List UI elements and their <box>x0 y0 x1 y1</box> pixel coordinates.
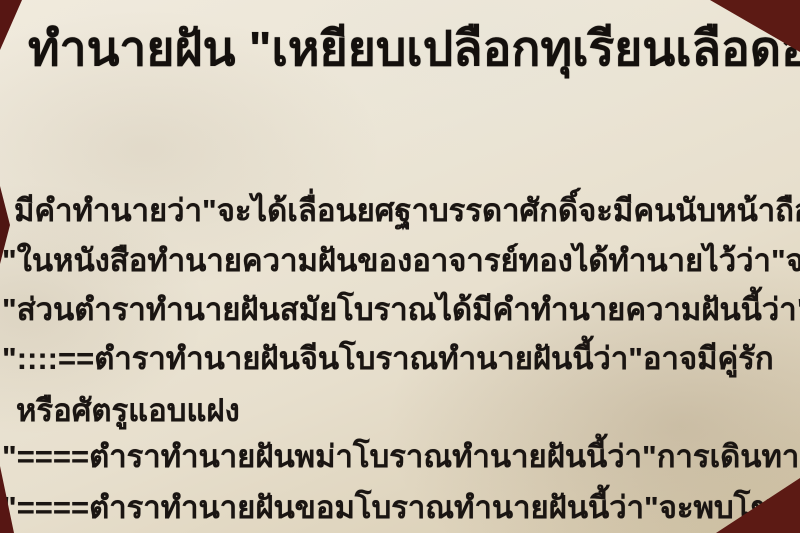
body-line: "ส่วนตำราทำนายฝันสมัยโบราณได้มีคำทำนายคว… <box>2 285 800 335</box>
body-line: "::::==ตำราทำนายฝันจีนโบราณทำนายฝันนี้ว่… <box>2 334 774 384</box>
body-line: "====ตำราทำนายฝันขอมโบราณทำนายฝันนี้ว่า"… <box>2 483 800 533</box>
body-line: หรือศัตรูแอบแฝง <box>16 386 240 436</box>
body-line: "ในหนังสือทำนายความฝันของอาจารย์ทองได้ทำ… <box>2 236 800 286</box>
page-title: ทำนายฝัน "เหยียบเปลือกทุเรียนเลือดออก <box>28 8 800 92</box>
dream-interpretation-page: ทำนายฝัน "เหยียบเปลือกทุเรียนเลือดออก มี… <box>0 0 800 533</box>
body-line: "====ตำราทำนายฝันพม่าโบราณทำนายฝันนี้ว่า… <box>2 432 800 482</box>
body-line: มีคำทำนายว่า"จะได้เลื่อนยศฐาบรรดาศักดิ์จ… <box>14 186 800 236</box>
